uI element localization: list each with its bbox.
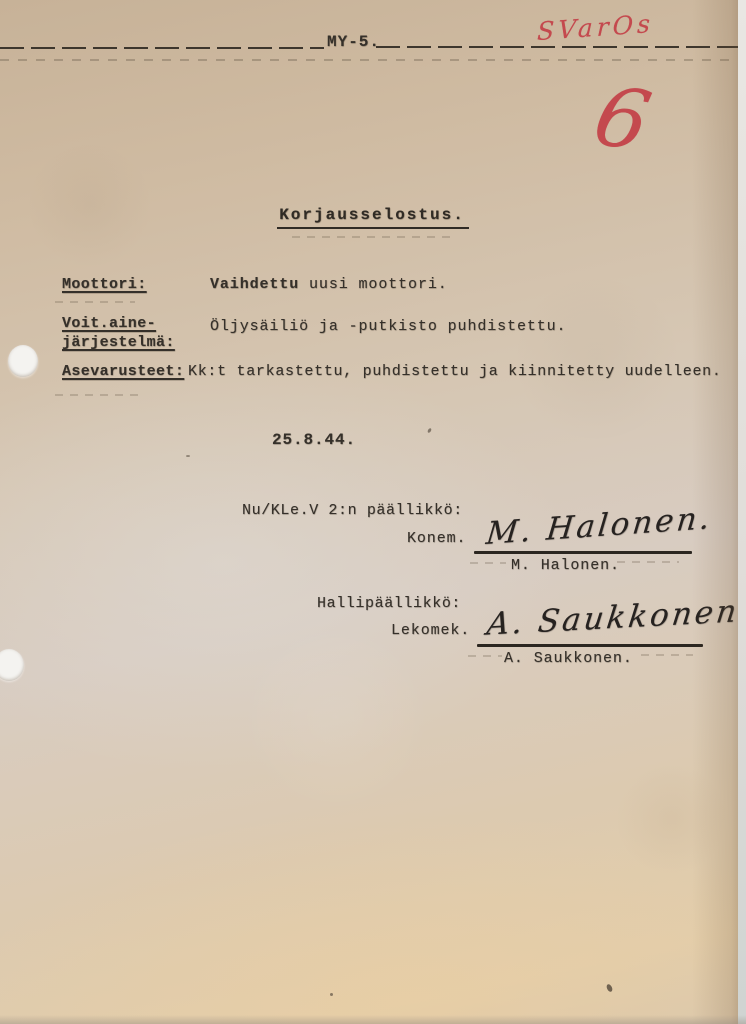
ink-speck (186, 455, 190, 457)
ghost-marks-4 (617, 561, 679, 563)
signature2-signer-title: Lekomek. (391, 622, 470, 639)
signature1-signer-title: Konem. (407, 530, 466, 547)
document-title-wrap: Korjausselostus. (0, 206, 746, 229)
signature2-role: Hallipäällikkö: (317, 595, 461, 612)
red-handwritten-page-number: 6 (586, 69, 659, 170)
row-value-moottori-rest: uusi moottori. (299, 276, 448, 293)
signature1-typed-name: M. Halonen. (511, 557, 620, 574)
paper-bottom-edge (0, 1015, 746, 1024)
document-date: 25.8.44. (272, 431, 356, 449)
ink-speck (427, 428, 432, 434)
row-value-moottori: Vaihdettu uusi moottori. (210, 276, 448, 293)
ghost-marks-6 (641, 654, 693, 656)
ink-speck (606, 983, 614, 992)
row-value-voitaine: Öljysäiliö ja -putkisto puhdistettu. (210, 318, 566, 335)
signature2-typed-name: A. Saukkonen. (504, 650, 633, 667)
ghost-marks-2 (55, 394, 141, 396)
ghost-marks-3 (470, 562, 506, 564)
title-ghost-marks (292, 236, 450, 238)
signature1-handwriting: M. Halonen. (484, 500, 714, 552)
signature2-handwriting: A. Saukkonen (485, 593, 741, 642)
row-label-asevarusteet: Asevarusteet: (62, 363, 184, 380)
row-value-moottori-bold: Vaihdettu (210, 276, 299, 293)
ghost-marks-5 (468, 655, 502, 657)
punch-hole-bottom (0, 649, 24, 681)
row-label-voitaine-line2: järjestelmä: (62, 334, 175, 351)
ghost-marks-1 (55, 301, 135, 303)
doc-code: MY-5. (327, 33, 380, 51)
document-page: MY-5. SVarOs 6 Korjausselostus. Moottori… (0, 0, 746, 1024)
scan-background-edge (738, 0, 746, 1024)
document-title: Korjausselostus. (277, 206, 469, 229)
signature2-line (477, 644, 703, 647)
header-rule-right (376, 46, 746, 48)
row-value-asevarusteet: Kk:t tarkastettu, puhdistettu ja kiinnit… (188, 363, 722, 380)
signature1-line (474, 551, 692, 554)
row-label-moottori: Moottori: (62, 276, 147, 293)
ink-speck (330, 993, 333, 996)
punch-hole-top (8, 345, 38, 377)
header-rule-left (0, 47, 324, 49)
red-handwritten-annotation: SVarOs (537, 9, 655, 46)
header-rule-ghost (0, 59, 746, 61)
signature1-role: Nu/KLe.V 2:n päällikkö: (242, 502, 463, 519)
row-label-voitaine-line1: Voit.aine- (62, 315, 156, 332)
